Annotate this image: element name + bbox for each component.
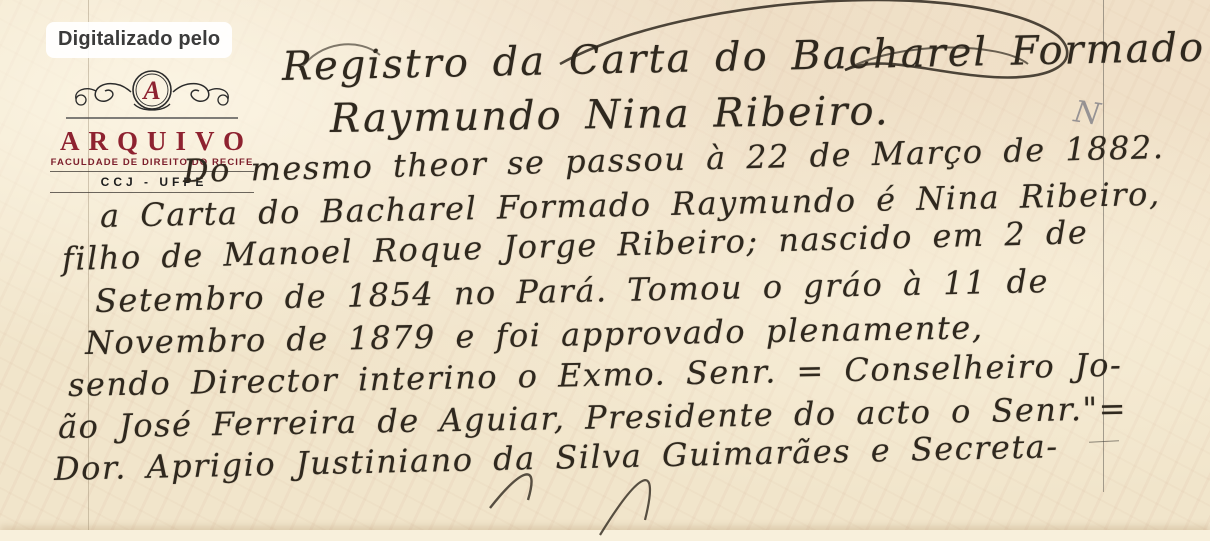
- manuscript-page: Digitalizado pelo A ARQUIVO FACULDADE DE…: [0, 0, 1210, 541]
- monogram-letter: A: [141, 76, 160, 105]
- pencil-margin-note: N: [1072, 94, 1103, 132]
- digitized-by-badge: Digitalizado pelo: [46, 22, 232, 58]
- margin-tick-mark: [1089, 440, 1119, 443]
- digitized-by-label: Digitalizado pelo: [58, 28, 220, 50]
- manuscript-title-line-2: Raymundo Nina Ribeiro.: [330, 88, 890, 142]
- page-bottom-edge: [0, 530, 1210, 541]
- logo-divider-bottom: [50, 192, 254, 193]
- arquivo-monogram-icon: A: [52, 60, 252, 126]
- manuscript-title-line-1: Registro da Carta do Bacharel Formado: [282, 25, 1206, 90]
